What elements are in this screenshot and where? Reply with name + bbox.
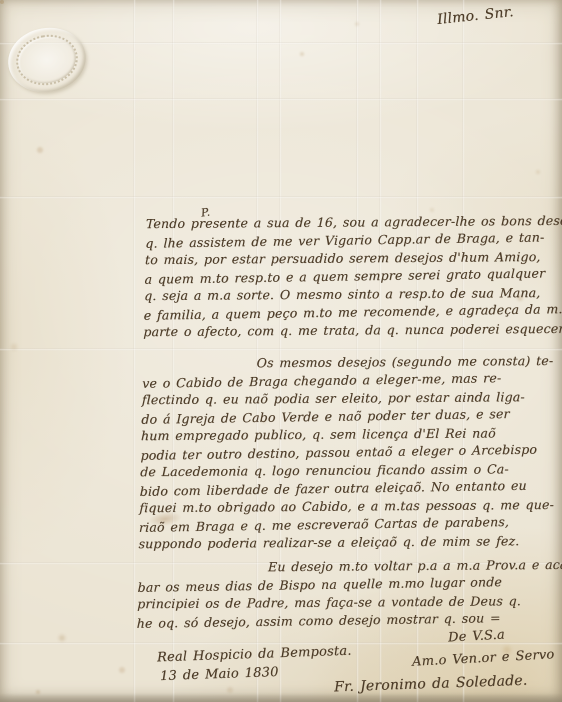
place-line: Real Hospicio da Bemposta. xyxy=(157,644,352,666)
fold-crease xyxy=(0,348,562,351)
embossed-seal-ring xyxy=(12,30,82,90)
paragraph-2: Os mesmos desejos (segundo me consta) te… xyxy=(138,351,554,554)
paragraph-1: Tendo presente a sua de 16, sou a agrade… xyxy=(143,211,558,342)
date-line: 13 de Maio 1830 xyxy=(160,665,279,684)
letter-scan: Illmo. Snr. P. Tendo presente a sua de 1… xyxy=(0,0,562,702)
paragraph-3: Eu desejo m.to voltar p.a a m.a Prov.a e… xyxy=(137,555,551,632)
foxing-spots xyxy=(0,0,4,4)
letter-line: parte o afecto, com q. me trata, da q. n… xyxy=(143,320,555,341)
closing: De V.S.a xyxy=(448,628,506,646)
fold-crease xyxy=(133,0,136,702)
letter-line: suppondo poderia realizar-se a eleiçaõ q… xyxy=(138,532,550,553)
fold-crease xyxy=(0,42,562,45)
salutation: Illmo. Snr. xyxy=(436,4,514,28)
embossed-seal xyxy=(3,22,91,99)
fold-crease xyxy=(0,98,562,101)
fold-crease xyxy=(0,196,562,199)
signature: Fr. Jeronimo da Soledade. xyxy=(334,673,528,696)
valediction: Am.o Ven.or e Servo xyxy=(412,647,555,669)
